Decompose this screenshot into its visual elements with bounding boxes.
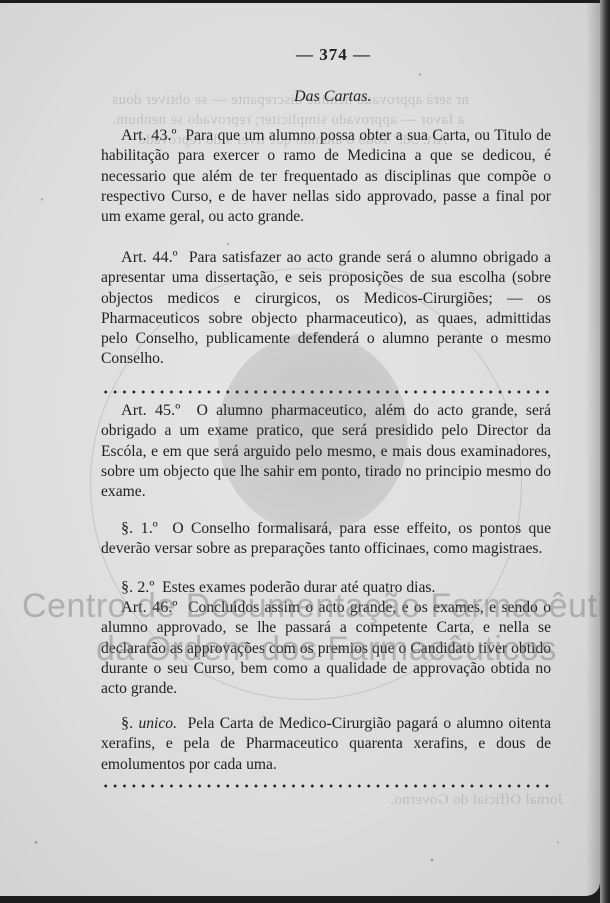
article-45: Art. 45.º O alumno pharmaceutico, além d… <box>101 400 551 502</box>
article-lead: Art. 45.º <box>121 401 180 419</box>
article-44: Art. 44.º Para satisfazer ao acto grande… <box>101 247 551 370</box>
article-text: Para satisfazer ao acto grande será o al… <box>101 249 551 367</box>
dotted-separator <box>101 389 551 395</box>
article-43: Art. 43.º Para que um alumno possa obter… <box>101 125 551 227</box>
paragraph-lead-italic: unico. <box>138 715 177 732</box>
paragraph-text: O Conselho formalisará, para esse effeit… <box>101 520 551 557</box>
article-lead: Art. 43.º <box>121 126 176 144</box>
article-46-paragraph-unico: §. unico. Pela Carta de Medico-Cirurgião… <box>101 713 551 775</box>
watermark-line-1: Centro de Documentação Farmacêutica <box>22 587 600 626</box>
paragraph-lead: §. <box>121 714 133 732</box>
book-spine-edge <box>600 0 610 903</box>
book-page: nr será approvado nemine discrepante — s… <box>0 3 600 896</box>
dotted-separator <box>101 783 551 789</box>
page-number: — 374 — <box>296 45 371 65</box>
paragraph-lead: §. 1.º <box>121 519 158 537</box>
watermark-line-2: da Ordem dos Farmacêuticos <box>96 630 557 669</box>
article-lead: Art. 44.º <box>121 248 178 266</box>
section-title: Das Cartas. <box>294 88 371 106</box>
scanned-page-viewer: nr será approvado nemine discrepante — s… <box>0 0 610 903</box>
article-45-paragraph-1: §. 1.º O Conselho formalisará, para esse… <box>101 518 551 560</box>
